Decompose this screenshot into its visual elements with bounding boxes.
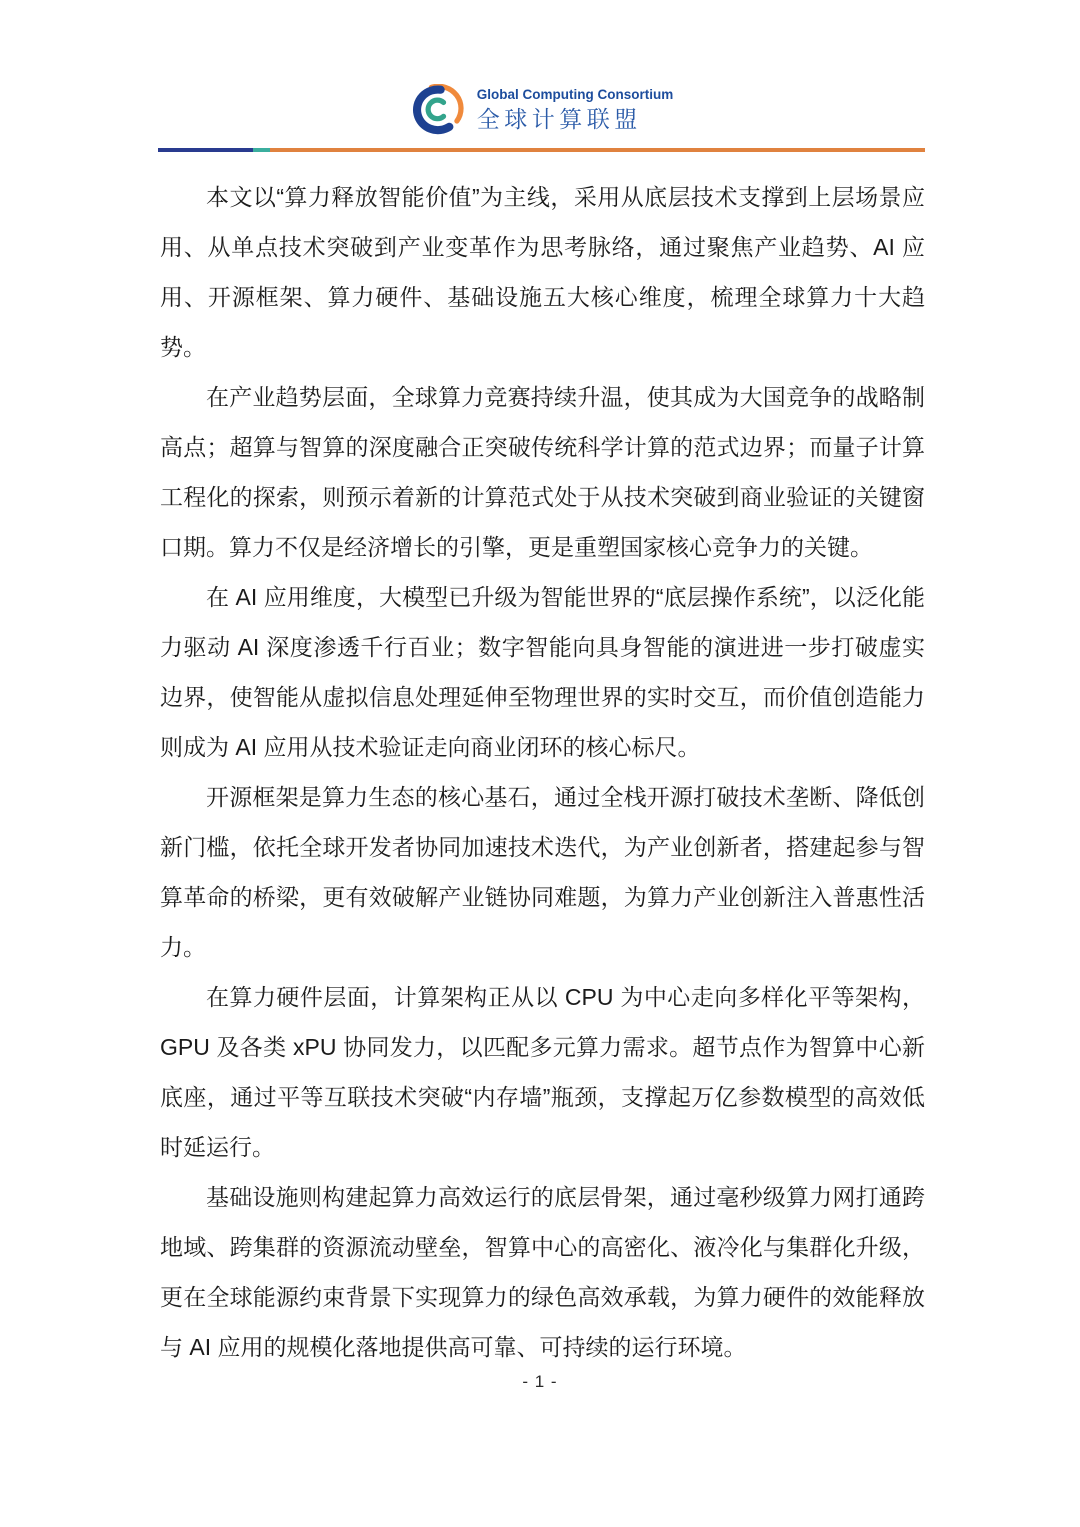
document-page: Global Computing Consortium 全球计算联盟 本文以“算… [0, 0, 1080, 1527]
gcc-swirl-icon [407, 84, 465, 136]
page-number: - 1 - [522, 1372, 557, 1391]
paragraph-intro: 本文以“算力释放智能价值”为主线，采用从底层技术支撑到上层场景应用、从单点技术突… [160, 172, 925, 372]
header-divider [158, 148, 925, 152]
document-body: 本文以“算力释放智能价值”为主线，采用从底层技术支撑到上层场景应用、从单点技术突… [160, 172, 925, 1372]
paragraph-open-source: 开源框架是算力生态的核心基石，通过全栈开源打破技术垄断、降低创新门槛，依托全球开… [160, 772, 925, 972]
logo-org-name-en: Global Computing Consortium [477, 87, 673, 103]
page-footer: - 1 - [0, 1372, 1080, 1392]
divider-segment-navy [158, 148, 253, 152]
gcc-logo: Global Computing Consortium 全球计算联盟 [0, 84, 1080, 136]
paragraph-ai-application: 在 AI 应用维度，大模型已升级为智能世界的“底层操作系统”，以泛化能力驱动 A… [160, 572, 925, 772]
divider-segment-teal [253, 148, 270, 152]
logo-org-name-zh: 全球计算联盟 [477, 104, 673, 134]
logo-text-block: Global Computing Consortium 全球计算联盟 [477, 87, 673, 134]
paragraph-infrastructure: 基础设施则构建起算力高效运行的底层骨架，通过毫秒级算力网打通跨地域、跨集群的资源… [160, 1172, 925, 1372]
paragraph-industry-trends: 在产业趋势层面，全球算力竞赛持续升温，使其成为大国竞争的战略制高点；超算与智算的… [160, 372, 925, 572]
divider-segment-orange [270, 148, 925, 152]
paragraph-computing-hardware: 在算力硬件层面，计算架构正从以 CPU 为中心走向多样化平等架构，GPU 及各类… [160, 972, 925, 1172]
